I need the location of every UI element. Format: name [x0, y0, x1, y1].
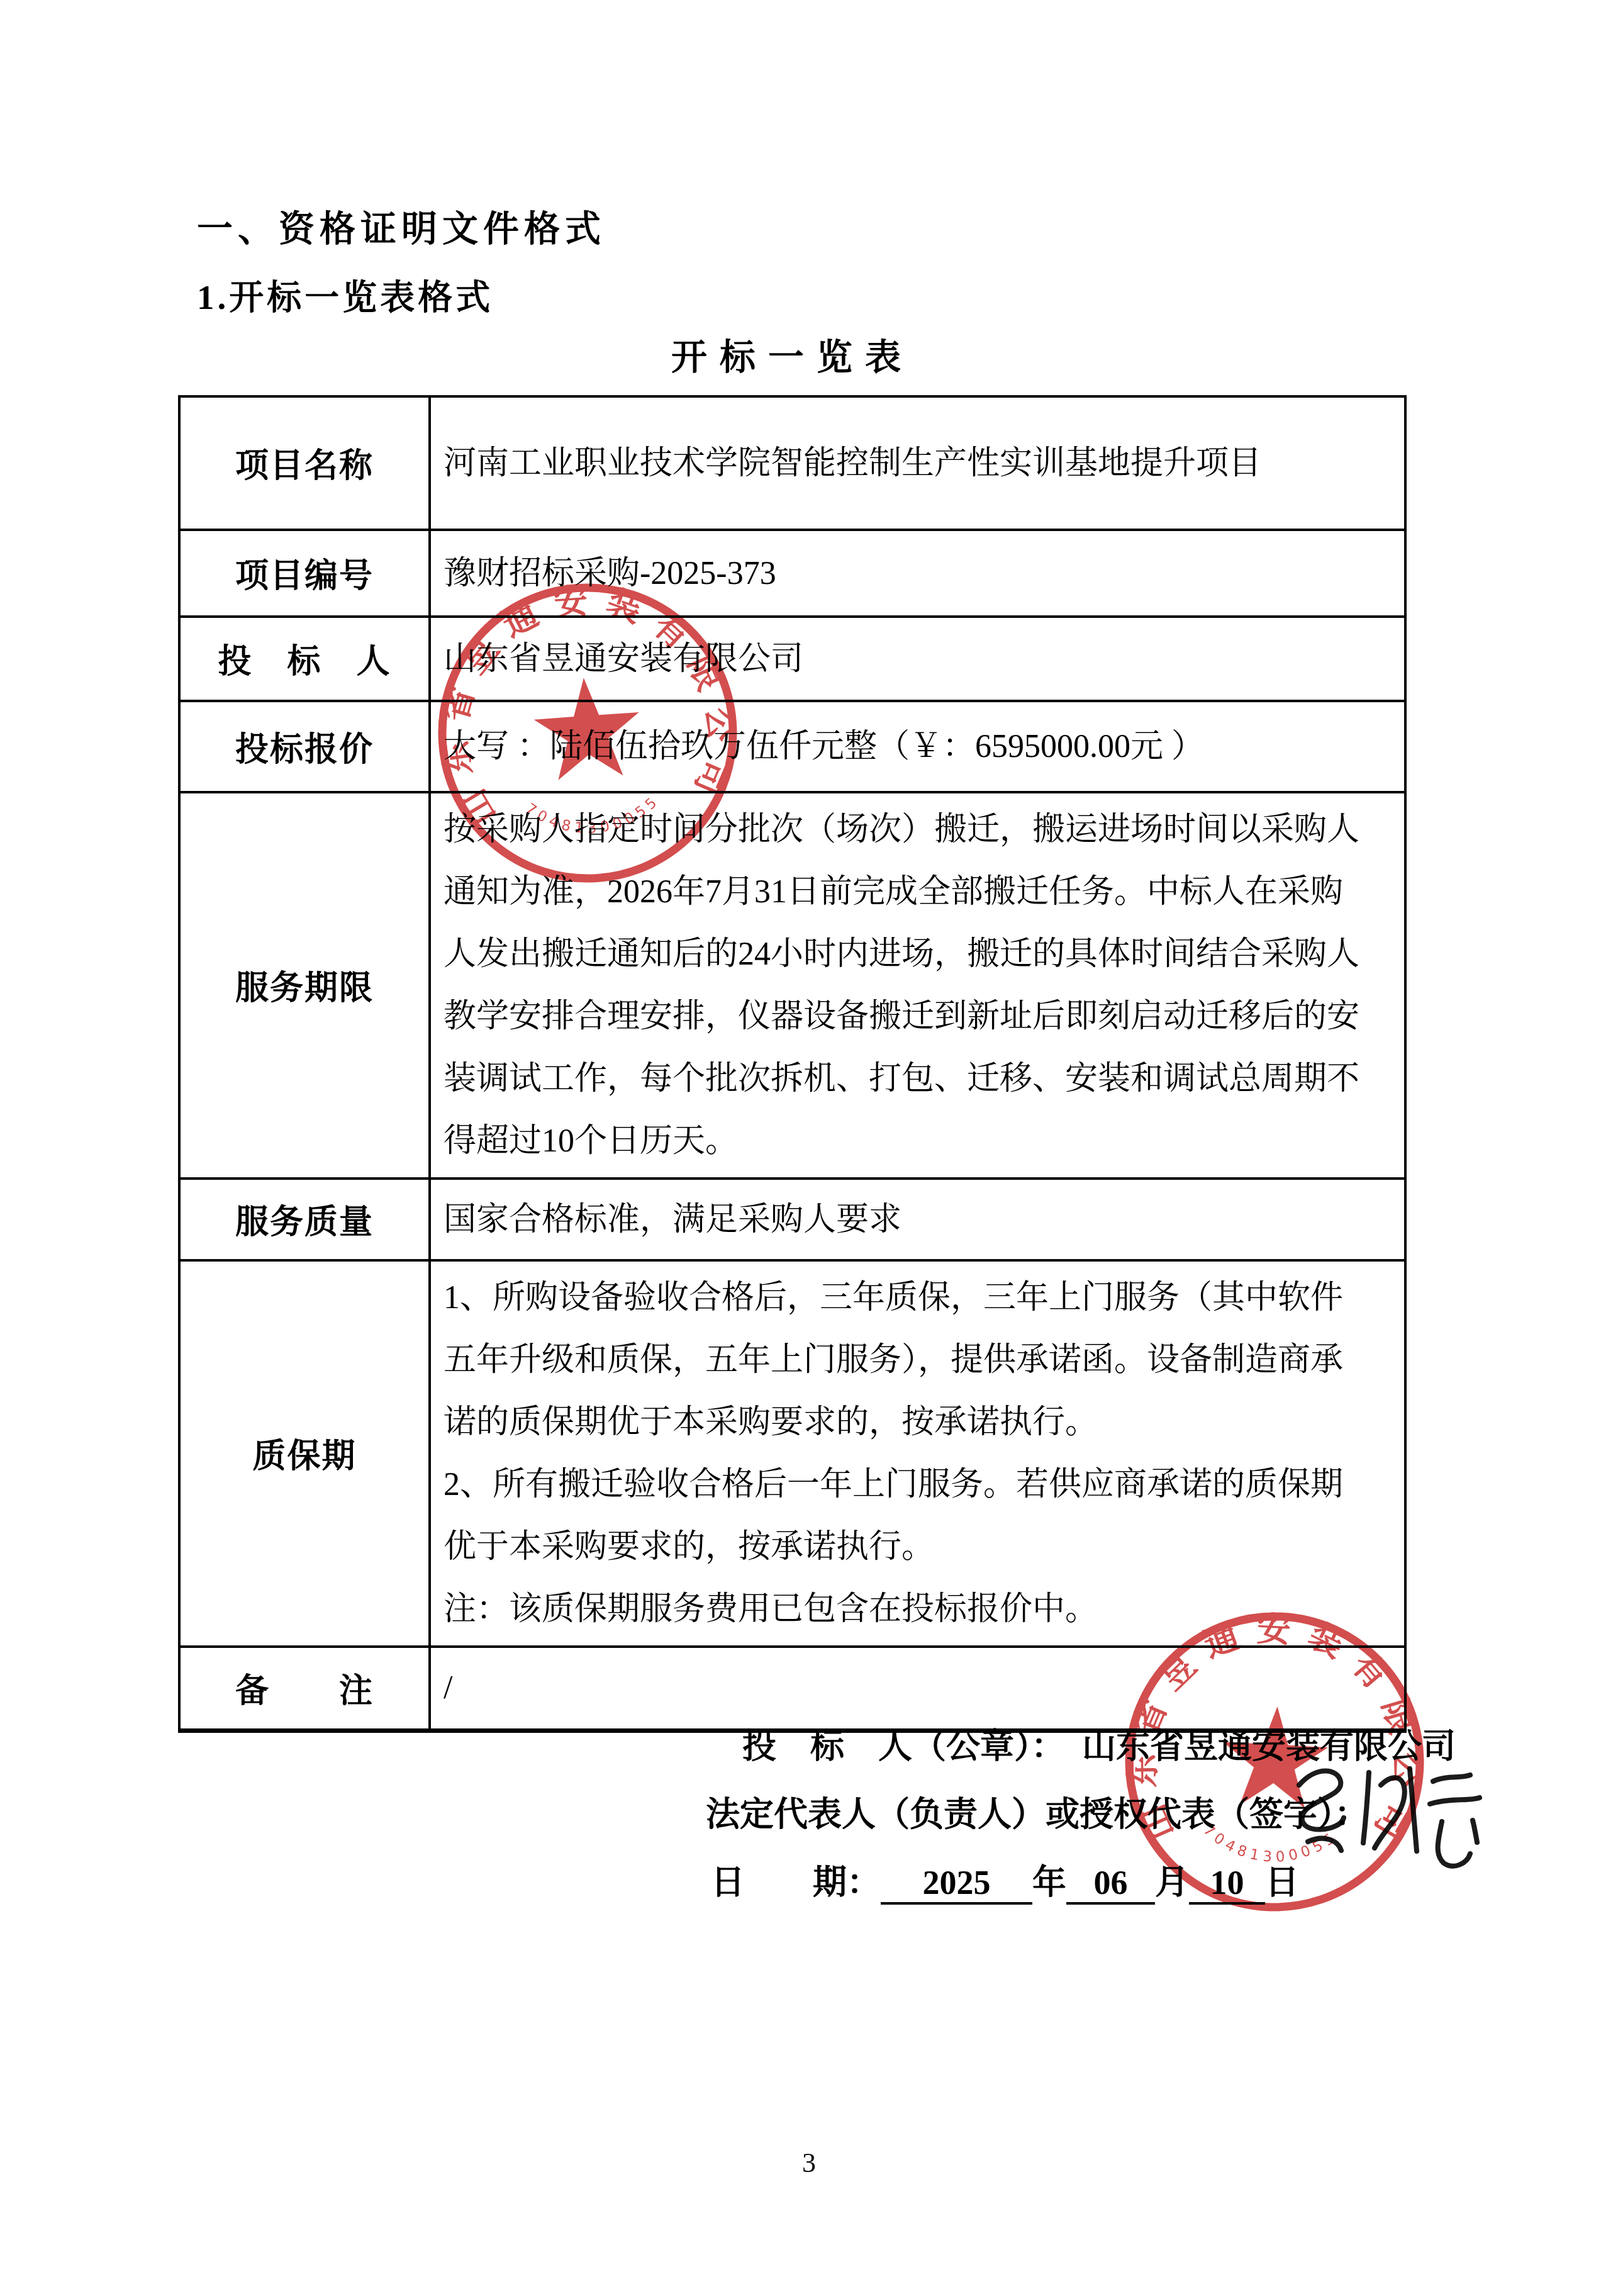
year-suffix: 年: [1032, 1864, 1066, 1901]
signature-stroke: [1363, 1772, 1369, 1843]
row-label-project-number: 项目编号: [179, 530, 430, 617]
table-row: 投标报价 大写 ：陆佰伍拾玖万伍仟元整（￥：6595000.00元 ）: [179, 701, 1405, 792]
bid-opening-table: 项目名称 河南工业职业技术学院智能控制生产性实训基地提升项目 项目编号 豫财招标…: [178, 395, 1407, 1733]
signature-stroke: [1308, 1839, 1341, 1851]
signature-stroke: [1473, 1820, 1477, 1842]
row-label-service-period: 服务期限: [179, 792, 430, 1179]
signature-stroke: [1430, 1798, 1480, 1804]
signature-stroke: [1299, 1771, 1344, 1830]
row-label-warranty: 质保期: [179, 1260, 430, 1647]
signature-stroke: [1375, 1778, 1405, 1848]
row-label-bidder: 投 标 人: [179, 617, 430, 701]
table-row: 质保期 1、所购设备验收合格后，三年质保，三年上门服务（其中软件五年升级和质保，…: [179, 1260, 1405, 1647]
table-row: 项目编号 豫财招标采购-2025-373: [179, 530, 1405, 617]
row-value-project-name: 河南工业职业技术学院智能控制生产性实训基地提升项目: [430, 396, 1405, 530]
section-heading: 一、资格证明文件格式: [197, 200, 606, 252]
seal-star-icon: [531, 674, 643, 781]
warranty-paragraph: 1、所购设备验收合格后，三年质保，三年上门服务（其中软件五年升级和质保，五年上门…: [444, 1267, 1375, 1453]
signature-stroke: [1433, 1775, 1470, 1781]
warranty-paragraph: 2、所有搬迁验收合格后一年上门服务。若供应商承诺的质保期优于本采购要求的，按承诺…: [444, 1453, 1375, 1578]
row-value-service-quality: 国家合格标准，满足采购人要求: [430, 1179, 1405, 1260]
company-seal-stamp: 山东省昱通安装有限公司 3704813000554: [423, 569, 752, 898]
date-label: 日 期：: [711, 1864, 881, 1901]
signature-stroke: [1410, 1769, 1417, 1851]
row-value-warranty: 1、所购设备验收合格后，三年质保，三年上门服务（其中软件五年升级和质保，五年上门…: [430, 1260, 1405, 1647]
row-label-service-quality: 服务质量: [179, 1179, 430, 1260]
handwritten-signature: [1280, 1746, 1494, 1884]
row-label-project-name: 项目名称: [179, 396, 430, 530]
document-page: 一、资格证明文件格式 1.开标一览表格式 开标一览表 项目名称 河南工业职业技术…: [0, 0, 1618, 2296]
bidder-seal-label: 投 标 人（公章）：: [742, 1728, 1082, 1766]
table-row: 服务质量 国家合格标准，满足采购人要求: [179, 1179, 1405, 1260]
row-label-remarks: 备 注: [179, 1647, 430, 1730]
row-label-bid-price: 投标报价: [179, 701, 430, 792]
table-title: 开标一览表: [178, 328, 1407, 380]
table-row: 项目名称 河南工业职业技术学院智能控制生产性实训基地提升项目: [179, 396, 1405, 530]
table-row: 投 标 人 山东省昱通安装有限公司: [179, 617, 1405, 701]
date-year-value: 2025: [881, 1863, 1032, 1905]
subsection-heading: 1.开标一览表格式: [197, 269, 493, 319]
signature-stroke: [1438, 1822, 1470, 1866]
page-number: 3: [0, 2147, 1618, 2179]
table-row: 服务期限 按采购人指定时间分批次（场次）搬迁，搬运进场时间以采购人通知为准，20…: [179, 792, 1405, 1179]
